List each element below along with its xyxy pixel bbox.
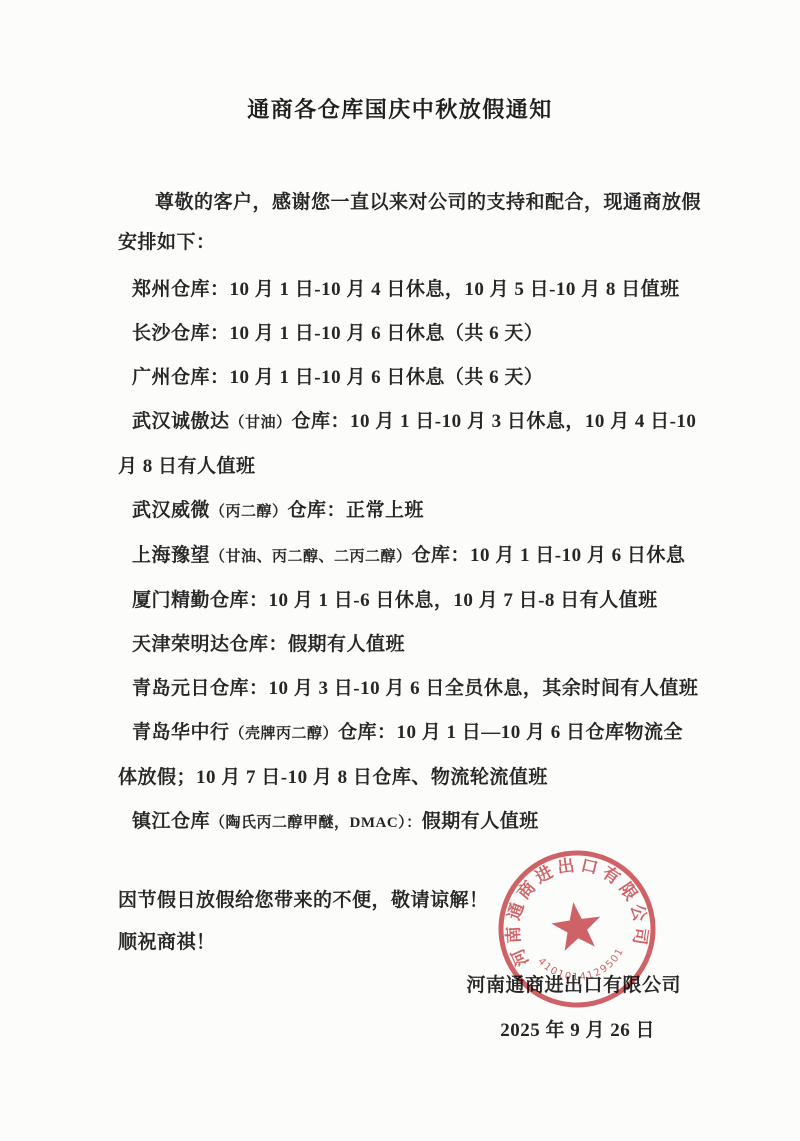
schedule-line: 镇江仓库（陶氏丙二醇甲醚，DMAC）：假期有人值班: [118, 800, 800, 845]
schedule-text: 天津荣明达仓库：假期有人值班: [132, 634, 405, 655]
schedule-text: 长沙仓库：10 月 1 日-10 月 6 日休息（共 6 天）: [132, 323, 543, 344]
schedule-line: 天津荣明达仓库：假期有人值班: [118, 623, 800, 667]
schedule-line: 上海豫望（甘油、丙二醇、二丙二醇）仓库：10 月 1 日-10 月 6 日休息: [118, 534, 800, 579]
schedule-text: 仓库：10 月 1 日-10 月 3 日休息，10 月 4 日-10: [292, 411, 697, 432]
schedule-text: 月 8 日有人值班: [118, 456, 256, 477]
document-page: 通商各仓库国庆中秋放假通知 尊敬的客户，感谢您一直以来对公司的支持和配合，现通商…: [0, 0, 800, 1141]
schedule-text: 武汉诚傲达: [132, 411, 230, 432]
schedule-text: 青岛华中行: [132, 722, 230, 743]
schedule-text: 体放假；10 月 7 日-10 月 8 日仓库、物流轮流值班: [118, 767, 548, 788]
intro-paragraph: 尊敬的客户，感谢您一直以来对公司的支持和配合，现通商放假 安排如下：: [0, 183, 800, 263]
schedule-line: 武汉威微（丙二醇）仓库：正常上班: [118, 489, 800, 534]
regards-line: 顺祝商祺！: [118, 922, 683, 964]
product-note: （甘油）: [230, 415, 292, 431]
schedule-line: 武汉诚傲达（甘油）仓库：10 月 1 日-10 月 3 日休息，10 月 4 日…: [118, 400, 800, 445]
signature-company: 河南通商进出口有限公司: [118, 964, 683, 1008]
schedule-text: 青岛元日仓库：10 月 3 日-10 月 6 日全员休息，其余时间有人值班: [132, 678, 698, 699]
schedule-line: 青岛元日仓库：10 月 3 日-10 月 6 日全员休息，其余时间有人值班: [118, 667, 800, 711]
schedule-line: 长沙仓库：10 月 1 日-10 月 6 日休息（共 6 天）: [118, 312, 800, 356]
product-note: （陶氏丙二醇甲醚，DMAC）：: [210, 815, 422, 831]
intro-line: 尊敬的客户，感谢您一直以来对公司的支持和配合，现通商放假: [118, 183, 683, 223]
schedule-line: 厦门精勤仓库：10 月 1 日-6 日休息，10 月 7 日-8 日有人值班: [118, 579, 800, 623]
schedule-text: 假期有人值班: [422, 811, 539, 832]
schedule-text: 郑州仓库：10 月 1 日-10 月 4 日休息，10 月 5 日-10 月 8…: [132, 279, 680, 300]
product-note: （丙二醇）: [210, 504, 288, 520]
schedule-text: 仓库：正常上班: [288, 500, 425, 521]
schedule-text: 武汉威微: [132, 500, 210, 521]
schedule-text: 仓库：10 月 1 日-10 月 6 日休息: [412, 545, 686, 566]
product-note: （壳牌丙二醇）: [230, 726, 339, 742]
signature-date: 2025 年 9 月 26 日: [118, 1008, 683, 1053]
schedule-list: 郑州仓库：10 月 1 日-10 月 4 日休息，10 月 5 日-10 月 8…: [0, 268, 800, 845]
intro-line: 安排如下：: [118, 223, 683, 263]
product-note: （甘油、丙二醇、二丙二醇）: [210, 549, 412, 565]
schedule-text: 广州仓库：10 月 1 日-10 月 6 日休息（共 6 天）: [132, 367, 543, 388]
schedule-line: 广州仓库：10 月 1 日-10 月 6 日休息（共 6 天）: [118, 356, 800, 400]
schedule-text: 上海豫望: [132, 545, 210, 566]
schedule-line: 郑州仓库：10 月 1 日-10 月 4 日休息，10 月 5 日-10 月 8…: [118, 268, 800, 312]
schedule-text: 厦门精勤仓库：10 月 1 日-6 日休息，10 月 7 日-8 日有人值班: [132, 590, 658, 611]
schedule-line: 体放假；10 月 7 日-10 月 8 日仓库、物流轮流值班: [118, 756, 800, 800]
schedule-text: 镇江仓库: [132, 811, 210, 832]
closing-block: 因节假日放假给您带来的不便，敬请谅解！ 顺祝商祺！ 河南通商进出口有限公司 20…: [0, 880, 800, 1053]
apology-line: 因节假日放假给您带来的不便，敬请谅解！: [118, 880, 683, 922]
page-title: 通商各仓库国庆中秋放假通知: [0, 93, 800, 127]
schedule-line: 青岛华中行（壳牌丙二醇）仓库：10 月 1 日—10 月 6 日仓库物流全: [118, 711, 800, 756]
schedule-text: 仓库：10 月 1 日—10 月 6 日仓库物流全: [338, 722, 683, 743]
schedule-line: 月 8 日有人值班: [118, 445, 800, 489]
